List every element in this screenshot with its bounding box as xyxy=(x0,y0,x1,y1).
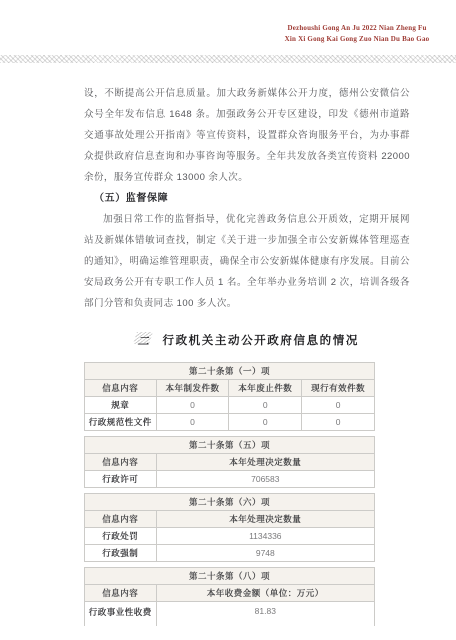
paragraph: 加强日常工作的监督指导，优化完善政务信息公开质效，定期开展网站及新媒体错敏词查找… xyxy=(84,209,410,314)
table-row: 行政事业性收费81.83 xyxy=(85,602,375,627)
decorative-hatch-band xyxy=(0,55,456,63)
table-column-header: 现行有效件数 xyxy=(302,380,375,397)
section-title: 行政机关主动公开政府信息的情况 xyxy=(162,335,359,347)
tables-container: 第二十条第（一）项信息内容本年制发件数本年废止件数现行有效件数规章000行政规范… xyxy=(84,362,410,626)
section-marker-badge: 二 xyxy=(135,332,151,344)
info-table: 第二十条第（六）项信息内容本年处理决定数量行政处罚1134336行政强制9748 xyxy=(84,493,375,562)
table-column-header: 本年收费金额（单位：万元） xyxy=(156,585,374,602)
table-column-header: 信息内容 xyxy=(85,454,157,471)
subsection-heading: （五）监督保障 xyxy=(84,188,410,209)
row-value-cell: 9748 xyxy=(156,545,374,562)
table-row: 行政许可706583 xyxy=(85,471,375,488)
row-label-cell: 行政处罚 xyxy=(85,528,157,545)
table-column-header: 信息内容 xyxy=(85,585,157,602)
table-column-header: 信息内容 xyxy=(85,380,157,397)
table-row: 规章000 xyxy=(85,397,375,414)
row-label-cell: 规章 xyxy=(85,397,157,414)
row-value-cell: 0 xyxy=(156,397,229,414)
row-value-cell: 81.83 xyxy=(156,602,374,627)
page-header-line2: Xin Xi Gong Kai Gong Zuo Nian Du Bao Gao xyxy=(272,34,442,45)
table-column-header: 本年制发件数 xyxy=(156,380,229,397)
row-value-cell: 0 xyxy=(302,414,375,431)
document-content: 设，不断提高公开信息质量。加大政务新媒体公开力度，德州公安微信公众号全年发布信息… xyxy=(84,83,410,631)
info-table: 第二十条第（五）项信息内容本年处理决定数量行政许可706583 xyxy=(84,436,375,488)
row-value-cell: 0 xyxy=(229,414,302,431)
row-value-cell: 1134336 xyxy=(156,528,374,545)
paragraph-continuation: 设，不断提高公开信息质量。加大政务新媒体公开力度，德州公安微信公众号全年发布信息… xyxy=(84,83,410,188)
table-row: 行政规范性文件000 xyxy=(85,414,375,431)
info-table: 第二十条第（八）项信息内容本年收费金额（单位：万元）行政事业性收费81.83 xyxy=(84,567,375,626)
row-label-cell: 行政许可 xyxy=(85,471,157,488)
section-number: 二 xyxy=(137,336,149,348)
table-section-header: 第二十条第（六）项 xyxy=(85,494,375,511)
row-value-cell: 706583 xyxy=(156,471,374,488)
table-column-header: 本年处理决定数量 xyxy=(156,454,374,471)
row-value-cell: 0 xyxy=(302,397,375,414)
row-value-cell: 0 xyxy=(229,397,302,414)
row-label-cell: 行政强制 xyxy=(85,545,157,562)
table-column-header: 本年废止件数 xyxy=(229,380,302,397)
table-row: 行政强制9748 xyxy=(85,545,375,562)
table-section-header: 第二十条第（一）项 xyxy=(85,363,375,380)
row-label-cell: 行政规范性文件 xyxy=(85,414,157,431)
table-section-header: 第二十条第（八）项 xyxy=(85,568,375,585)
section-heading: 二 行政机关主动公开政府信息的情况 xyxy=(84,331,410,349)
row-value-cell: 0 xyxy=(156,414,229,431)
page-header-line1: Dezhoushi Gong An Ju 2022 Nian Zheng Fu xyxy=(272,23,442,34)
table-column-header: 信息内容 xyxy=(85,511,157,528)
page-header-title: Dezhoushi Gong An Ju 2022 Nian Zheng Fu … xyxy=(272,23,442,45)
row-label-cell: 行政事业性收费 xyxy=(85,602,157,627)
table-row: 行政处罚1134336 xyxy=(85,528,375,545)
table-section-header: 第二十条第（五）项 xyxy=(85,437,375,454)
table-column-header: 本年处理决定数量 xyxy=(156,511,374,528)
info-table: 第二十条第（一）项信息内容本年制发件数本年废止件数现行有效件数规章000行政规范… xyxy=(84,362,375,431)
